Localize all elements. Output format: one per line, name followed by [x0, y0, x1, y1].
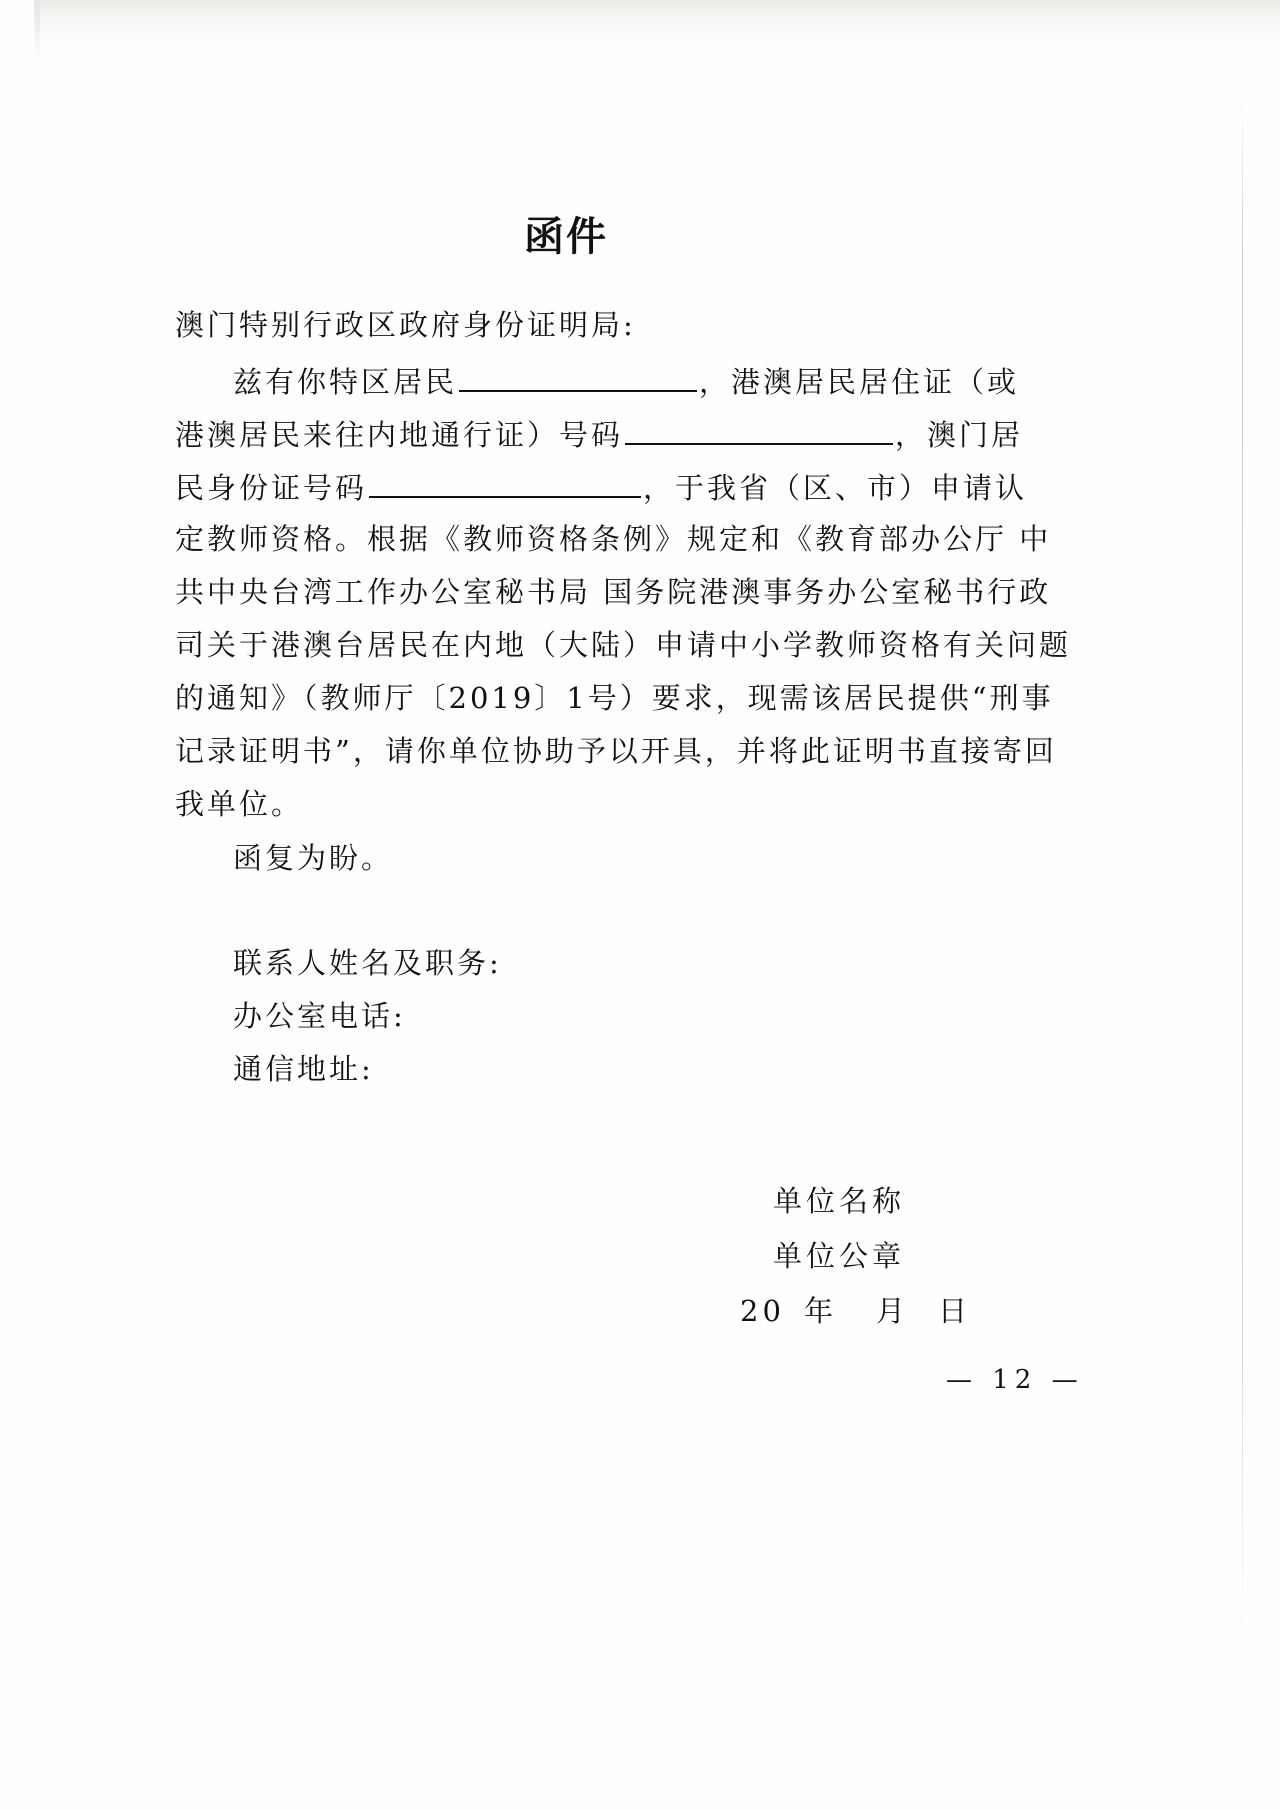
body-line-1: 兹有你特区居民，港澳居民居住证（或	[233, 360, 1019, 402]
closing-line: 函复为盼。	[233, 838, 393, 878]
resident-name-blank[interactable]	[459, 360, 697, 392]
page-number: — 12 —	[946, 1365, 1084, 1395]
body-line-2: 港澳居民来往内地通行证）号码，澳门居	[175, 413, 1023, 455]
unit-name-label: 单位名称	[773, 1181, 905, 1221]
body-line-4: 定教师资格。根据《教师资格条例》规定和《教育部办公厅 中	[175, 519, 1051, 559]
unit-seal-label: 单位公章	[773, 1236, 905, 1276]
body-line-9: 我单位。	[175, 784, 303, 824]
body-text: 兹有你特区居民	[233, 365, 457, 399]
body-line-7: 的通知》（教师厅〔2019〕1号）要求，现需该居民提供“刑事	[175, 678, 1054, 718]
body-line-5: 共中央台湾工作办公室秘书局 国务院港澳事务办公室秘书行政	[175, 572, 1051, 612]
body-text: ，港澳居民居住证（或	[699, 365, 1019, 399]
body-text: ，于我省（区、市）申请认	[643, 471, 1027, 505]
body-line-3: 民身份证号码，于我省（区、市）申请认	[175, 466, 1027, 508]
date-day-label: 日	[938, 1291, 971, 1331]
document-title: 函件	[0, 205, 1132, 262]
scan-fold-line	[1242, 95, 1243, 1655]
mailing-address-label: 通信地址:	[233, 1049, 374, 1089]
scanned-page: 函件 澳门特别行政区政府身份证明局: 兹有你特区居民，港澳居民居住证（或 港澳居…	[0, 0, 1280, 1809]
body-text: ，澳门居	[895, 418, 1023, 452]
date-year-label: 年	[804, 1291, 876, 1331]
permit-number-blank[interactable]	[625, 413, 893, 445]
office-phone-label: 办公室电话:	[233, 996, 406, 1036]
scan-edge	[34, 0, 40, 60]
addressee: 澳门特别行政区政府身份证明局:	[175, 305, 636, 345]
signature-date: 20年月日	[740, 1291, 971, 1331]
body-line-6: 司关于港澳台居民在内地（大陆）申请中小学教师资格有关问题	[175, 625, 1071, 665]
macau-id-number-blank[interactable]	[369, 466, 641, 498]
contact-name-label: 联系人姓名及职务:	[233, 943, 502, 983]
scan-shadow	[36, 0, 1280, 48]
body-text: 民身份证号码	[175, 471, 367, 505]
body-text: 港澳居民来往内地通行证）号码	[175, 418, 623, 452]
date-year-prefix: 20	[740, 1291, 804, 1331]
body-line-8: 记录证明书”，请你单位协助予以开具，并将此证明书直接寄回	[175, 731, 1057, 771]
date-month-label: 月	[876, 1291, 938, 1331]
